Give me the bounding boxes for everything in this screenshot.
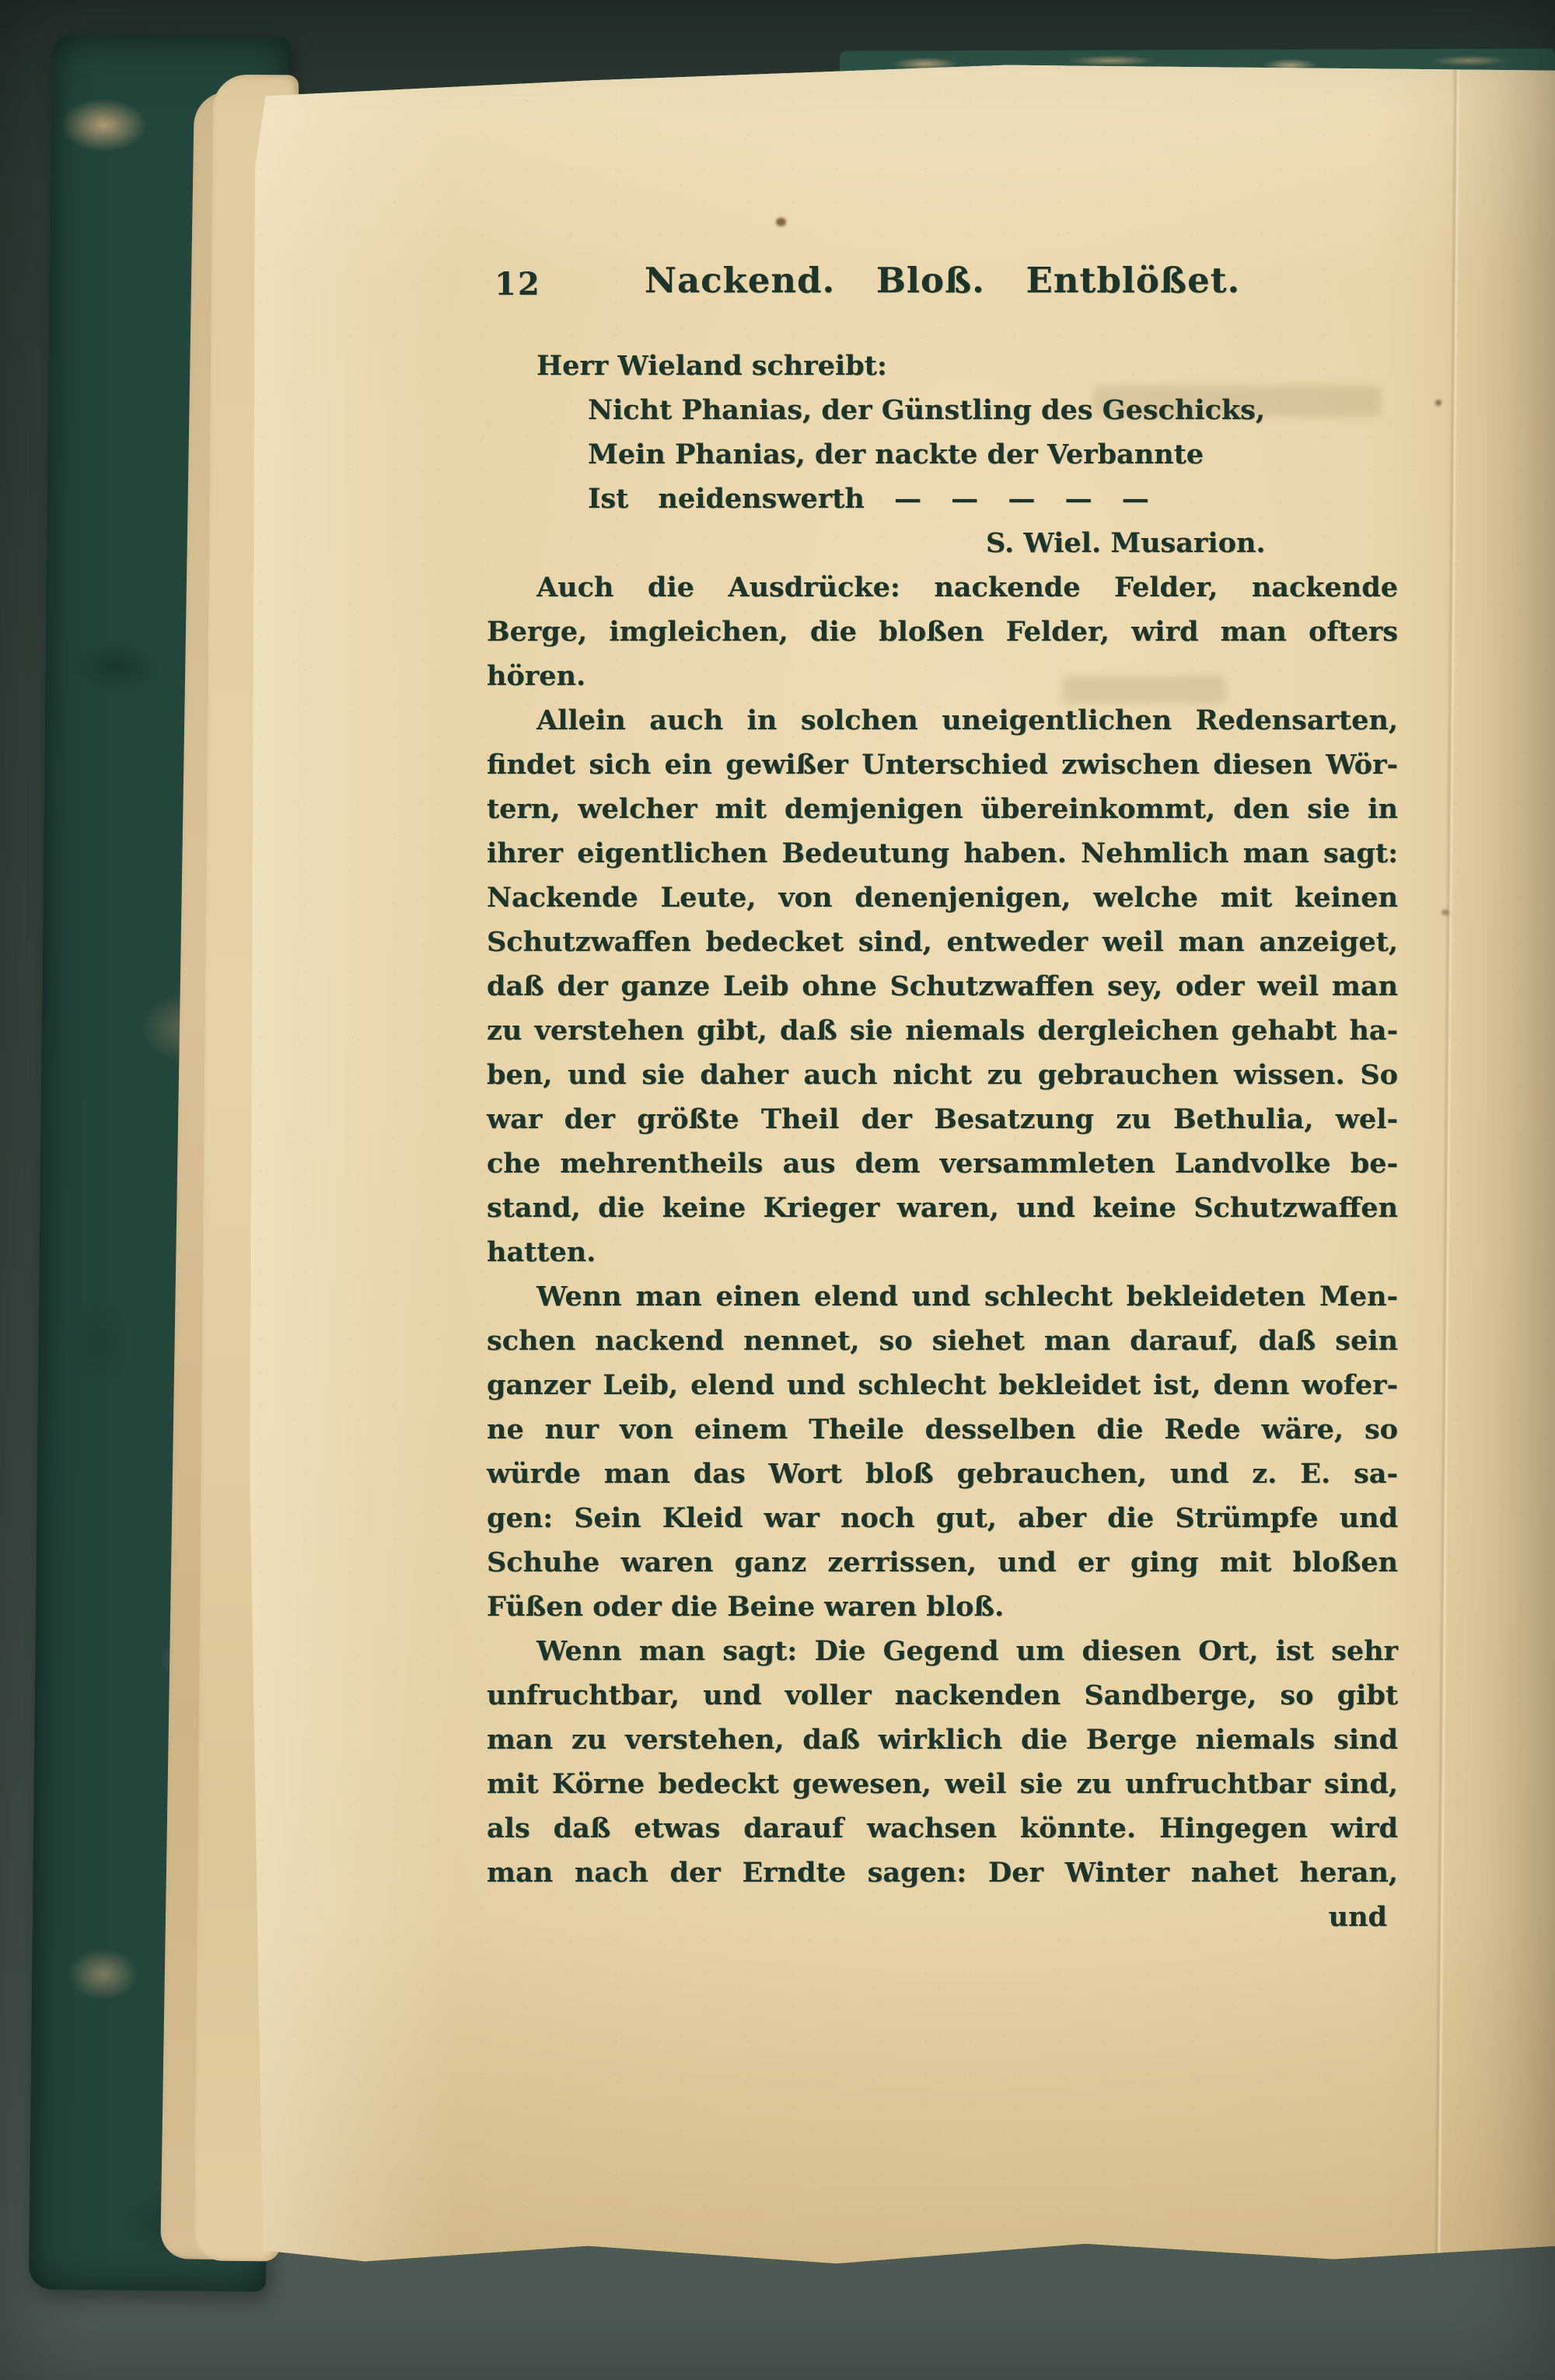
- text-line: Wenn man sagt: Die Gegend um diesen Ort,…: [487, 1629, 1398, 1673]
- paper-stain: [1441, 910, 1449, 915]
- text-line: gen: Sein Kleid war noch gut, aber die S…: [487, 1496, 1398, 1540]
- text-block: Herr Wieland schreibt:Nicht Phanias, der…: [487, 344, 1398, 1939]
- text-line: als daß etwas darauf wachsen könnte. Hin…: [487, 1806, 1398, 1851]
- text-line: ben, und sie daher auch nicht zu gebrauc…: [487, 1053, 1398, 1097]
- text-line: unfruchtbar, und voller nackenden Sandbe…: [487, 1673, 1398, 1718]
- text-line: Schutzwaffen bedecket sind, entweder wei…: [487, 920, 1398, 964]
- page-fold-crease: [1434, 61, 1461, 2266]
- attribution-line: S. Wiel. Musarion.: [487, 521, 1398, 565]
- verse-line: Mein Phanias, der nackte der Verbannte: [487, 432, 1398, 477]
- text-line: Schuhe waren ganz zerrissen, und er ging…: [487, 1540, 1398, 1585]
- text-line: daß der ganze Leib ohne Schutzwaffen sey…: [487, 964, 1398, 1008]
- text-line: man nach der Erndte sagen: Der Winter na…: [487, 1851, 1398, 1895]
- text-line: mit Körne bedeckt gewesen, weil sie zu u…: [487, 1762, 1398, 1806]
- text-line: Wenn man einen elend und schlecht beklei…: [487, 1274, 1398, 1319]
- text-line: Herr Wieland schreibt:: [487, 344, 1398, 388]
- book-page: 12 Nackend. Bloß. Entblößet. Herr Wielan…: [247, 61, 1555, 2266]
- page-content: 12 Nackend. Bloß. Entblößet. Herr Wielan…: [487, 260, 1398, 1939]
- verse-line: Nicht Phanias, der Günstling des Geschic…: [487, 388, 1398, 432]
- running-title: Nackend. Bloß. Entblößet.: [487, 260, 1398, 301]
- text-line: tern, welcher mit demjenigen übereinkomm…: [487, 787, 1398, 831]
- text-line: ganzer Leib, elend und schlecht bekleide…: [487, 1363, 1398, 1407]
- text-line: Berge, imgleichen, die bloßen Felder, wi…: [487, 610, 1398, 654]
- text-line: che mehrentheils aus dem versammleten La…: [487, 1141, 1398, 1186]
- text-line: findet sich ein gewißer Unterschied zwis…: [487, 743, 1398, 787]
- paper-stain: [1435, 400, 1441, 406]
- book-photo: 12 Nackend. Bloß. Entblößet. Herr Wielan…: [0, 0, 1555, 2380]
- text-line: ihrer eigentlichen Bedeutung haben. Nehm…: [487, 831, 1398, 875]
- text-line: Auch die Ausdrücke: nackende Felder, nac…: [487, 565, 1398, 610]
- text-line: würde man das Wort bloß gebrauchen, und …: [487, 1452, 1398, 1496]
- page-header: 12 Nackend. Bloß. Entblößet.: [487, 260, 1398, 311]
- text-line: schen nackend nennet, so siehet man dara…: [487, 1319, 1398, 1363]
- text-line: hören.: [487, 654, 1398, 698]
- page-number: 12: [494, 266, 541, 302]
- text-line: man zu verstehen, daß wirklich die Berge…: [487, 1718, 1398, 1762]
- text-line: Allein auch in solchen uneigentlichen Re…: [487, 698, 1398, 743]
- text-line: ne nur von einem Theile desselben die Re…: [487, 1407, 1398, 1452]
- text-line: Nackende Leute, von denenjenigen, welche…: [487, 875, 1398, 920]
- text-line: war der größte Theil der Besatzung zu Be…: [487, 1097, 1398, 1141]
- text-line: Füßen oder die Beine waren bloß.: [487, 1585, 1398, 1629]
- text-line: hatten.: [487, 1230, 1398, 1274]
- paper-stain: [776, 218, 786, 226]
- catchword: und: [487, 1895, 1398, 1939]
- verse-line: Ist neidenswerth — — — — —: [487, 477, 1398, 521]
- text-line: zu verstehen gibt, daß sie niemals dergl…: [487, 1008, 1398, 1053]
- text-line: stand, die keine Krieger waren, und kein…: [487, 1186, 1398, 1230]
